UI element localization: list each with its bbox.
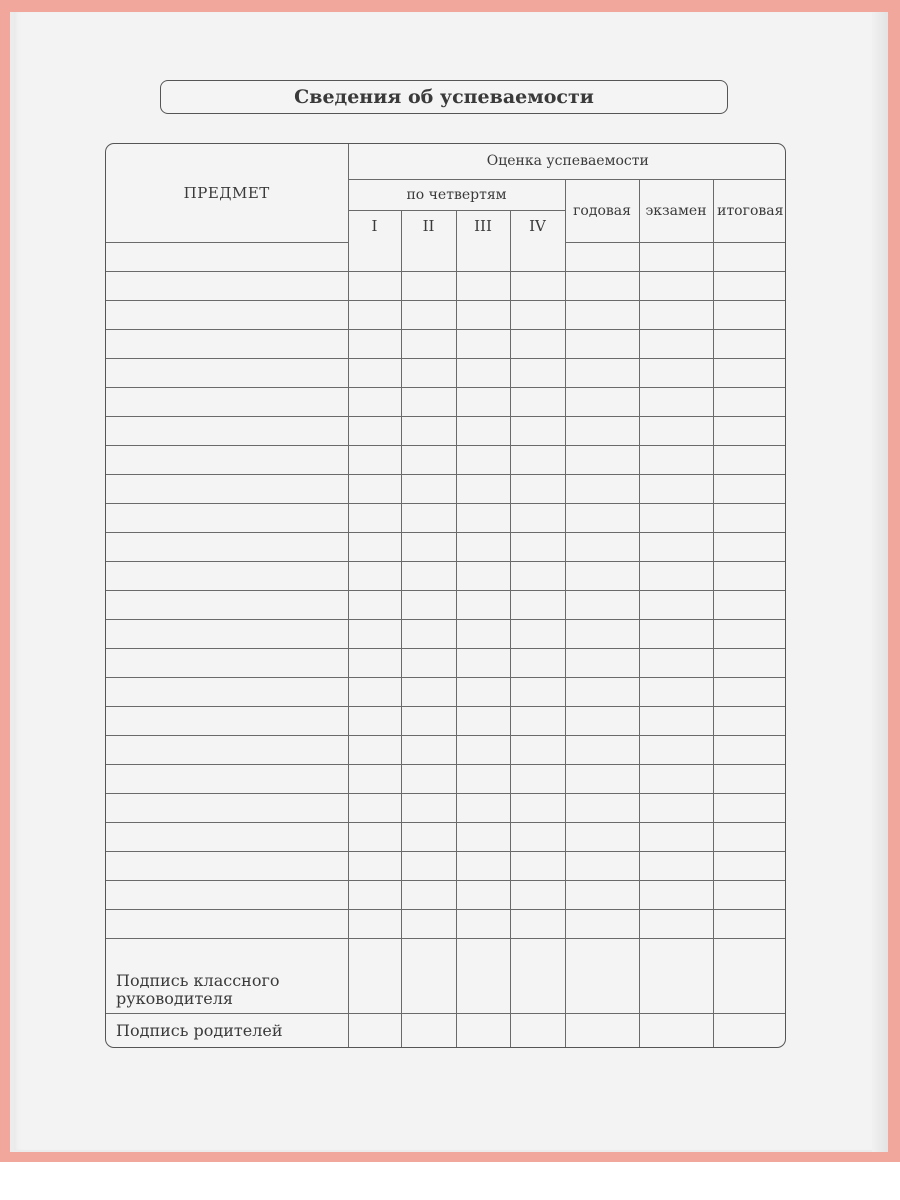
header-grade-assessment: Оценка успеваемости — [348, 144, 786, 179]
grade-cell[interactable] — [713, 735, 786, 764]
grade-cell[interactable] — [401, 938, 456, 967]
grade-cell[interactable] — [565, 822, 639, 851]
grade-cell[interactable] — [565, 561, 639, 590]
grade-cell[interactable] — [713, 764, 786, 793]
table-row — [106, 358, 786, 387]
grade-cell[interactable] — [456, 242, 510, 271]
grade-cell[interactable] — [348, 387, 401, 416]
signature-cell[interactable] — [348, 967, 401, 1013]
grade-cell[interactable] — [456, 677, 510, 706]
grade-cell[interactable] — [713, 387, 786, 416]
grade-cell[interactable] — [713, 300, 786, 329]
table-row — [106, 677, 786, 706]
grade-cell[interactable] — [510, 735, 565, 764]
grade-cell[interactable] — [713, 793, 786, 822]
subject-cell[interactable] — [106, 648, 348, 677]
subject-cell[interactable] — [106, 271, 348, 300]
grade-cell[interactable] — [565, 329, 639, 358]
grade-cell[interactable] — [565, 358, 639, 387]
grade-cell[interactable] — [510, 822, 565, 851]
grade-cell[interactable] — [348, 880, 401, 909]
signature-class-teacher-label: Подпись классного руководителя — [106, 967, 348, 1013]
subject-cell[interactable] — [106, 706, 348, 735]
header-by-quarters: по четвертям — [348, 179, 565, 210]
signature-cell[interactable] — [401, 1013, 456, 1048]
subject-cell[interactable] — [106, 532, 348, 561]
grade-cell[interactable] — [401, 619, 456, 648]
grade-cell[interactable] — [713, 271, 786, 300]
subject-cell[interactable] — [106, 677, 348, 706]
grade-cell[interactable] — [456, 793, 510, 822]
grade-cell[interactable] — [348, 706, 401, 735]
grade-cell[interactable] — [510, 474, 565, 503]
signature-cell[interactable] — [565, 1013, 639, 1048]
grade-cell[interactable] — [401, 735, 456, 764]
table-row — [106, 445, 786, 474]
grade-cell[interactable] — [713, 445, 786, 474]
grade-cell[interactable] — [713, 706, 786, 735]
grade-cell[interactable] — [639, 532, 713, 561]
grade-cell[interactable] — [713, 416, 786, 445]
grade-cell[interactable] — [510, 706, 565, 735]
grade-cell[interactable] — [456, 735, 510, 764]
grade-cell[interactable] — [348, 619, 401, 648]
grade-cell[interactable] — [401, 300, 456, 329]
grade-cell[interactable] — [639, 706, 713, 735]
subject-cell[interactable] — [106, 880, 348, 909]
grade-cell[interactable] — [401, 561, 456, 590]
grade-cell[interactable] — [348, 793, 401, 822]
grade-cell[interactable] — [510, 242, 565, 271]
subject-cell[interactable] — [106, 387, 348, 416]
grade-cell[interactable] — [565, 764, 639, 793]
grade-cell[interactable] — [639, 677, 713, 706]
grade-cell[interactable] — [713, 532, 786, 561]
table-row — [106, 271, 786, 300]
header-quarter-2: II — [401, 210, 456, 242]
subject-cell[interactable] — [106, 300, 348, 329]
grade-cell[interactable] — [639, 938, 713, 967]
grade-cell[interactable] — [639, 880, 713, 909]
table-row — [106, 938, 786, 967]
table-row — [106, 793, 786, 822]
grade-cell[interactable] — [456, 532, 510, 561]
subject-cell[interactable] — [106, 851, 348, 880]
grade-cell[interactable] — [639, 503, 713, 532]
table-row — [106, 851, 786, 880]
grade-cell[interactable] — [565, 532, 639, 561]
table-row — [106, 590, 786, 619]
grade-cell[interactable] — [401, 648, 456, 677]
grade-cell[interactable] — [565, 387, 639, 416]
grade-cell[interactable] — [401, 764, 456, 793]
grade-cell[interactable] — [456, 880, 510, 909]
grade-cell[interactable] — [565, 706, 639, 735]
grade-cell[interactable] — [401, 677, 456, 706]
grade-cell[interactable] — [713, 561, 786, 590]
table-row — [106, 387, 786, 416]
table-row — [106, 909, 786, 938]
signature-cell[interactable] — [713, 967, 786, 1013]
grade-cell[interactable] — [456, 938, 510, 967]
grade-cell[interactable] — [456, 706, 510, 735]
signature-cell[interactable] — [639, 1013, 713, 1048]
header-quarter-1: I — [348, 210, 401, 242]
grade-cell[interactable] — [510, 358, 565, 387]
grade-cell[interactable] — [456, 822, 510, 851]
grade-cell[interactable] — [565, 271, 639, 300]
grade-cell[interactable] — [401, 503, 456, 532]
grade-cell[interactable] — [713, 880, 786, 909]
grade-cell[interactable] — [510, 416, 565, 445]
grade-cell[interactable] — [348, 242, 401, 271]
table-row — [106, 822, 786, 851]
grade-cell[interactable] — [713, 358, 786, 387]
grade-cell[interactable] — [456, 416, 510, 445]
grade-cell[interactable] — [565, 648, 639, 677]
subject-cell[interactable] — [106, 619, 348, 648]
grade-cell[interactable] — [348, 764, 401, 793]
grade-cell[interactable] — [713, 242, 786, 271]
table-row — [106, 735, 786, 764]
grade-cell[interactable] — [348, 648, 401, 677]
grade-cell[interactable] — [713, 851, 786, 880]
grade-cell[interactable] — [713, 619, 786, 648]
grade-cell[interactable] — [713, 503, 786, 532]
grade-cell[interactable] — [510, 300, 565, 329]
grade-cell[interactable] — [713, 909, 786, 938]
grade-cell[interactable] — [401, 793, 456, 822]
grade-cell[interactable] — [348, 909, 401, 938]
grade-cell[interactable] — [401, 271, 456, 300]
grade-cell[interactable] — [713, 474, 786, 503]
page-title-text: Сведения об успеваемости — [294, 86, 594, 108]
grade-cell[interactable] — [510, 532, 565, 561]
grade-cell[interactable] — [348, 300, 401, 329]
grade-cell[interactable] — [348, 532, 401, 561]
grade-cell[interactable] — [565, 503, 639, 532]
grade-cell[interactable] — [348, 590, 401, 619]
grade-cell[interactable] — [639, 735, 713, 764]
grade-cell[interactable] — [510, 793, 565, 822]
signature-cell[interactable] — [348, 1013, 401, 1048]
subject-cell[interactable] — [106, 416, 348, 445]
grade-cell[interactable] — [510, 764, 565, 793]
grade-cell[interactable] — [401, 358, 456, 387]
grade-cell[interactable] — [510, 619, 565, 648]
grade-cell[interactable] — [565, 880, 639, 909]
signature-cell[interactable] — [456, 1013, 510, 1048]
grade-cell[interactable] — [510, 445, 565, 474]
signature-cell[interactable] — [639, 967, 713, 1013]
grade-cell[interactable] — [713, 822, 786, 851]
signature-cell[interactable] — [565, 967, 639, 1013]
grade-cell[interactable] — [401, 880, 456, 909]
grade-cell[interactable] — [639, 416, 713, 445]
grade-cell[interactable] — [565, 938, 639, 967]
grade-cell[interactable] — [456, 445, 510, 474]
table-body — [106, 242, 786, 967]
grade-cell[interactable] — [639, 561, 713, 590]
subject-cell[interactable] — [106, 242, 348, 271]
grade-cell[interactable] — [456, 909, 510, 938]
subject-cell[interactable] — [106, 764, 348, 793]
header-subject: ПРЕДМЕТ — [106, 144, 348, 242]
grade-cell[interactable] — [456, 300, 510, 329]
subject-cell[interactable] — [106, 329, 348, 358]
grade-cell[interactable] — [456, 387, 510, 416]
grade-cell[interactable] — [348, 503, 401, 532]
grade-cell[interactable] — [348, 416, 401, 445]
grade-cell[interactable] — [565, 474, 639, 503]
grade-cell[interactable] — [348, 329, 401, 358]
grade-cell[interactable] — [456, 358, 510, 387]
table-row — [106, 300, 786, 329]
page-title: Сведения об успеваемости — [160, 80, 728, 114]
grade-cell[interactable] — [510, 503, 565, 532]
grade-cell[interactable] — [401, 329, 456, 358]
grade-cell[interactable] — [639, 590, 713, 619]
grade-cell[interactable] — [348, 445, 401, 474]
grade-cell[interactable] — [639, 822, 713, 851]
grade-cell[interactable] — [348, 938, 401, 967]
grade-cell[interactable] — [510, 648, 565, 677]
table-row — [106, 474, 786, 503]
grade-cell[interactable] — [510, 590, 565, 619]
table-row — [106, 880, 786, 909]
grade-cell[interactable] — [510, 387, 565, 416]
grade-cell[interactable] — [456, 590, 510, 619]
grade-cell[interactable] — [565, 416, 639, 445]
grade-cell[interactable] — [348, 677, 401, 706]
signature-cell[interactable] — [401, 967, 456, 1013]
grade-cell[interactable] — [510, 909, 565, 938]
grade-cell[interactable] — [510, 851, 565, 880]
grade-cell[interactable] — [456, 474, 510, 503]
grade-cell[interactable] — [639, 358, 713, 387]
header-exam: экзамен — [639, 179, 713, 242]
grades-table: ПРЕДМЕТ Оценка успеваемости по четвертям… — [106, 144, 786, 1048]
grade-cell[interactable] — [401, 445, 456, 474]
grades-table-frame: ПРЕДМЕТ Оценка успеваемости по четвертям… — [105, 143, 786, 1048]
grade-cell[interactable] — [456, 648, 510, 677]
grade-cell[interactable] — [348, 271, 401, 300]
signature-parents-label: Подпись родителей — [106, 1013, 348, 1048]
grade-cell[interactable] — [565, 619, 639, 648]
grade-cell[interactable] — [510, 938, 565, 967]
subject-cell[interactable] — [106, 909, 348, 938]
subject-cell[interactable] — [106, 822, 348, 851]
grade-cell[interactable] — [639, 329, 713, 358]
table-row — [106, 329, 786, 358]
grade-cell[interactable] — [639, 271, 713, 300]
grade-cell[interactable] — [401, 909, 456, 938]
grade-cell[interactable] — [510, 329, 565, 358]
grade-cell[interactable] — [510, 677, 565, 706]
grade-cell[interactable] — [565, 909, 639, 938]
grade-cell[interactable] — [456, 271, 510, 300]
table-row — [106, 561, 786, 590]
signature-cell[interactable] — [456, 967, 510, 1013]
grade-cell[interactable] — [713, 648, 786, 677]
grade-cell[interactable] — [565, 242, 639, 271]
signature-cell[interactable] — [510, 967, 565, 1013]
grade-cell[interactable] — [713, 677, 786, 706]
grade-cell[interactable] — [565, 735, 639, 764]
header-annual: годовая — [565, 179, 639, 242]
grade-cell[interactable] — [348, 822, 401, 851]
grade-cell[interactable] — [510, 880, 565, 909]
grade-cell[interactable] — [401, 822, 456, 851]
grade-cell[interactable] — [401, 416, 456, 445]
table-row — [106, 619, 786, 648]
header-final: итоговая — [713, 179, 786, 242]
grade-cell[interactable] — [401, 474, 456, 503]
grade-cell[interactable] — [639, 387, 713, 416]
grade-cell[interactable] — [456, 851, 510, 880]
grade-cell[interactable] — [348, 735, 401, 764]
subject-cell[interactable] — [106, 358, 348, 387]
header-quarter-3: III — [456, 210, 510, 242]
table-row — [106, 648, 786, 677]
grade-cell[interactable] — [713, 938, 786, 967]
subject-cell[interactable] — [106, 445, 348, 474]
grade-cell[interactable] — [565, 851, 639, 880]
grade-cell[interactable] — [401, 387, 456, 416]
subject-cell[interactable] — [106, 474, 348, 503]
grade-cell[interactable] — [510, 271, 565, 300]
subject-cell[interactable] — [106, 590, 348, 619]
grade-cell[interactable] — [456, 764, 510, 793]
grade-cell[interactable] — [456, 329, 510, 358]
grade-cell[interactable] — [639, 851, 713, 880]
subject-cell[interactable] — [106, 793, 348, 822]
grade-cell[interactable] — [639, 474, 713, 503]
grade-cell[interactable] — [401, 532, 456, 561]
signature-cell[interactable] — [713, 1013, 786, 1048]
grade-cell[interactable] — [565, 590, 639, 619]
table-row — [106, 764, 786, 793]
grade-cell[interactable] — [713, 590, 786, 619]
grade-cell[interactable] — [639, 793, 713, 822]
grade-cell[interactable] — [639, 764, 713, 793]
table-row — [106, 242, 786, 271]
grade-cell[interactable] — [565, 793, 639, 822]
grade-cell[interactable] — [639, 619, 713, 648]
grade-cell[interactable] — [565, 300, 639, 329]
grade-cell[interactable] — [456, 619, 510, 648]
header-quarter-4: IV — [510, 210, 565, 242]
table-row — [106, 503, 786, 532]
grade-cell[interactable] — [401, 706, 456, 735]
table-row — [106, 706, 786, 735]
grade-cell[interactable] — [401, 590, 456, 619]
grade-cell[interactable] — [456, 561, 510, 590]
subject-cell[interactable] — [106, 503, 348, 532]
grade-cell[interactable] — [510, 561, 565, 590]
signature-cell[interactable] — [510, 1013, 565, 1048]
grade-cell[interactable] — [565, 677, 639, 706]
subject-cell[interactable] — [106, 735, 348, 764]
grade-cell[interactable] — [401, 851, 456, 880]
grade-cell[interactable] — [713, 329, 786, 358]
table-row — [106, 416, 786, 445]
grade-cell[interactable] — [401, 242, 456, 271]
subject-cell[interactable] — [106, 561, 348, 590]
grade-cell[interactable] — [639, 300, 713, 329]
subject-cell[interactable] — [106, 938, 348, 967]
spine-shadow — [872, 12, 888, 1152]
grade-cell[interactable] — [348, 851, 401, 880]
grade-cell[interactable] — [348, 561, 401, 590]
grade-cell[interactable] — [565, 445, 639, 474]
grade-cell[interactable] — [639, 445, 713, 474]
grade-cell[interactable] — [348, 474, 401, 503]
table-row — [106, 532, 786, 561]
grade-cell[interactable] — [639, 648, 713, 677]
grade-cell[interactable] — [456, 503, 510, 532]
grade-cell[interactable] — [639, 242, 713, 271]
grade-cell[interactable] — [348, 358, 401, 387]
grade-cell[interactable] — [639, 909, 713, 938]
